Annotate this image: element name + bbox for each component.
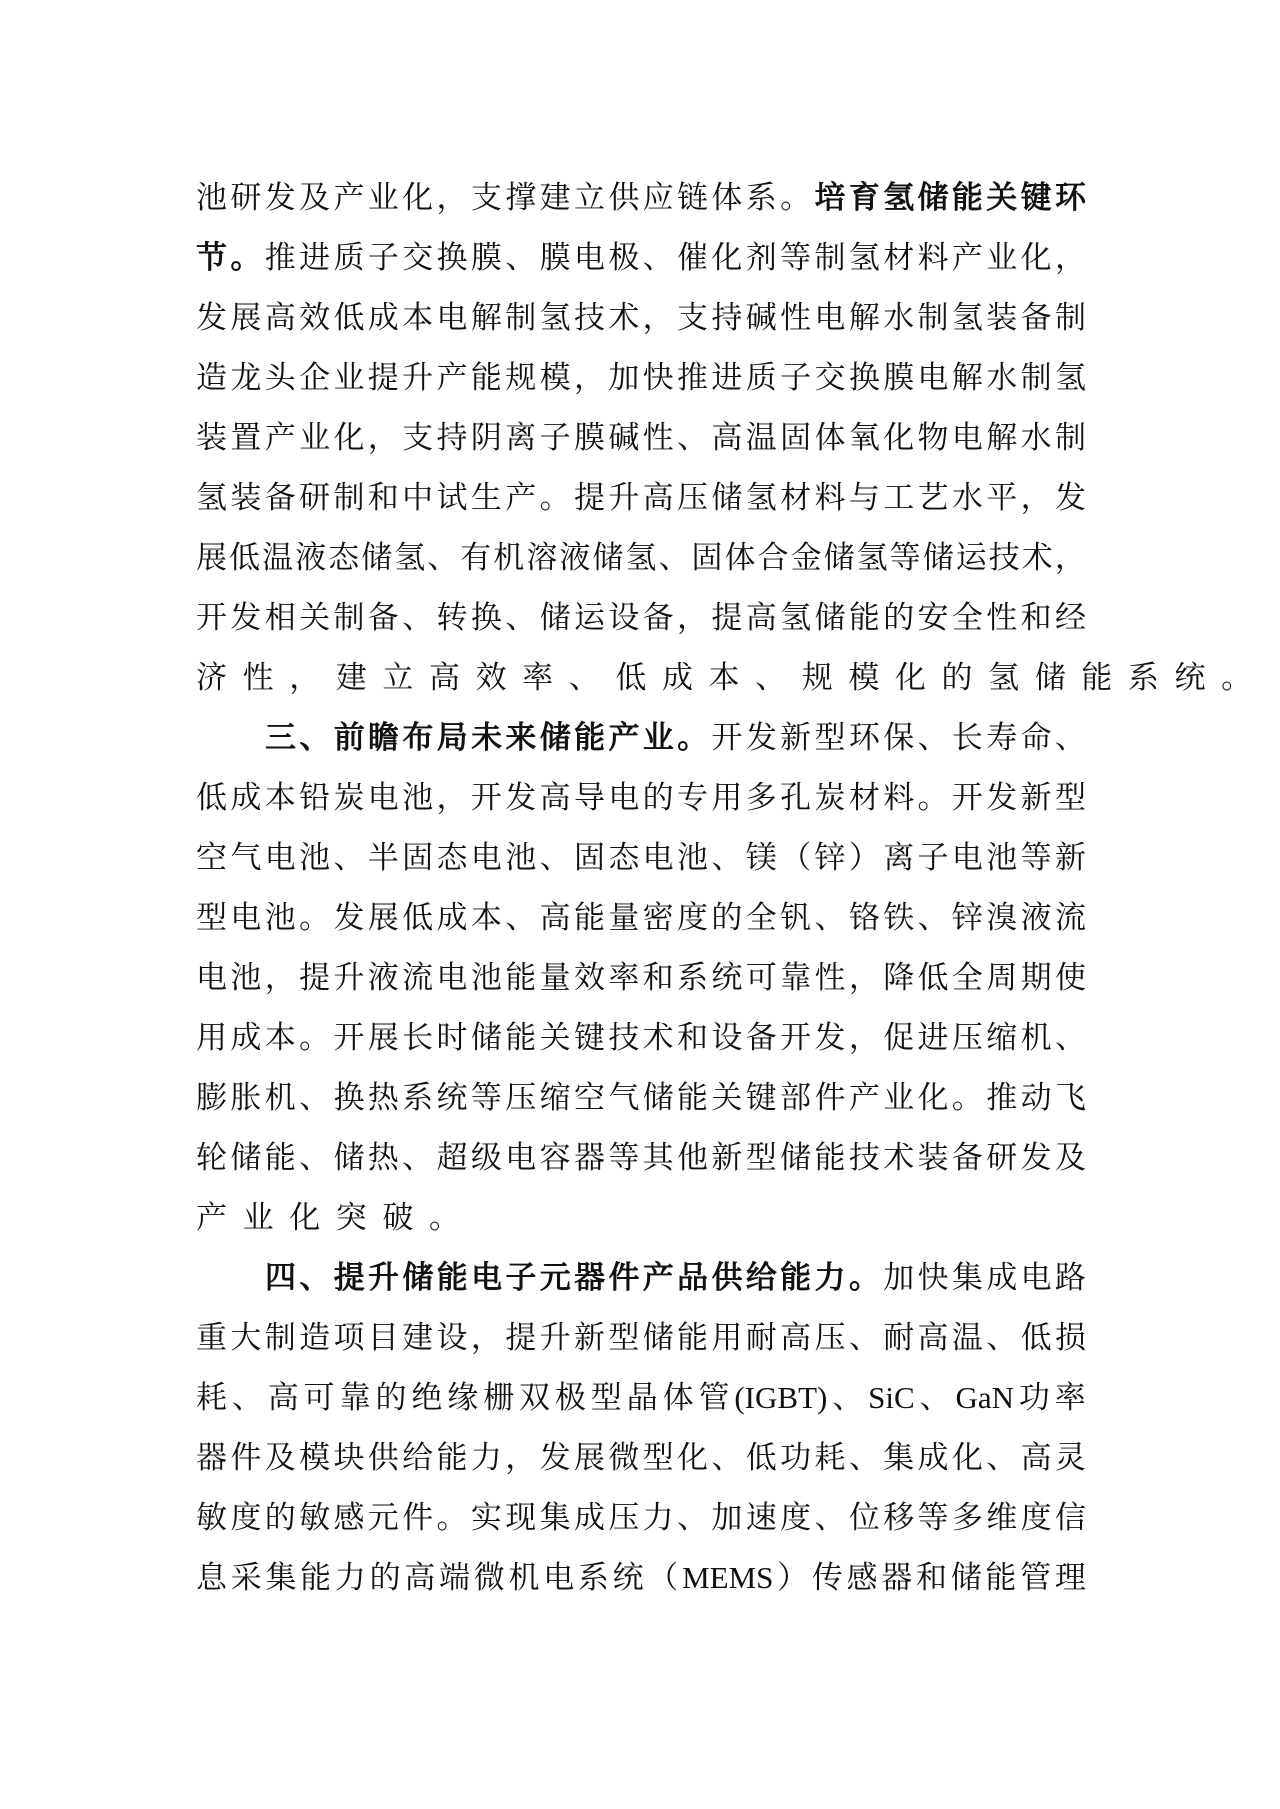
text-glyph: 低 [615,653,646,703]
text-glyph: 量 [608,893,639,943]
text-glyph: 力 [335,1553,366,1603]
text-glyph: 工 [883,473,914,523]
text-glyph: 的 [883,593,914,643]
text-glyph: 换 [849,353,880,403]
text-glyph: 性 [643,413,674,463]
text-glyph: 化 [402,173,433,223]
bold-text-glyph: 提 [334,1253,365,1303]
text-glyph: 管 [1020,1553,1051,1603]
text-glyph: 统 [613,1553,644,1603]
text-glyph: 机 [265,1073,296,1123]
text-glyph: 低 [402,893,433,943]
text-glyph: 制 [505,293,536,343]
text-glyph: 器 [881,1553,912,1603]
text-glyph: 能 [437,1433,468,1483]
text-glyph: 链 [677,173,708,223]
text-glyph: ， [368,413,399,463]
text-glyph: 键 [574,1013,605,1063]
bold-text-glyph: 产 [608,713,639,763]
text-glyph: 镁 [746,833,777,883]
text-glyph: 产 [952,233,983,283]
text-glyph: 及 [299,173,330,223]
text-glyph: 的 [643,773,674,823]
text-glyph: 池 [471,953,502,1003]
text-glyph: 系 [746,173,777,223]
text-glyph: 度 [230,1493,261,1543]
text-glyph: 池 [230,953,261,1003]
text-glyph: 支 [471,173,502,223]
text-glyph: 态 [328,533,359,583]
text-glyph: 微 [474,1553,505,1603]
text-glyph: 氢 [746,473,777,523]
text-glyph: 剂 [746,233,777,283]
text-glyph: 和 [368,473,399,523]
text-glyph: 池 [402,773,433,823]
text-glyph: 集 [883,1433,914,1483]
text-glyph: 提 [368,353,399,403]
text-glyph: 型 [608,1313,639,1363]
text-glyph: (IGBT) [734,1373,827,1423]
text-glyph: 系 [1128,653,1159,703]
text-glyph: 型 [815,713,846,763]
text-glyph: 化 [952,1433,983,1483]
text-glyph: 空 [574,1073,605,1123]
text-glyph: 。 [918,773,949,823]
text-glyph: 、 [658,533,689,583]
text-glyph: 等 [471,1073,502,1123]
text-glyph: 研 [986,1133,1017,1183]
bold-text-glyph: 育 [849,173,880,223]
text-glyph: 发 [1055,473,1086,523]
text-glyph: 备 [1021,293,1052,343]
text-glyph: 的 [711,893,742,943]
text-glyph: 化 [1021,233,1052,283]
text-glyph: 机 [493,533,524,583]
document-page: 池研发及产业化，支撑建立供应链体系。培育氢储能关键环节。推进质子交换膜、膜电极、… [0,0,1280,1809]
text-glyph: 等 [1021,833,1052,883]
text-glyph: 新 [1021,773,1052,823]
text-glyph: ， [289,653,320,703]
text-glyph: 装 [196,413,227,463]
text-glyph: 的 [265,1493,296,1543]
text-glyph: 多 [746,773,777,823]
text-glyph: 高 [429,653,460,703]
text-glyph: 能 [574,893,605,943]
bold-text-glyph: 氢 [883,173,914,223]
text-glyph: 型 [1055,773,1086,823]
text-glyph: 信 [1055,1493,1086,1543]
text-glyph: 换 [471,593,502,643]
text-glyph: 产 [333,173,364,223]
text-glyph: 能 [677,1073,708,1123]
text-glyph: 电 [437,953,468,1003]
text-glyph: 造 [196,353,227,403]
text-glyph: 制 [1055,413,1086,463]
text-glyph: 飞 [1055,1073,1086,1123]
text-glyph: 推 [986,1073,1017,1123]
text-glyph: 实 [471,1493,502,1543]
text-glyph: 高 [1021,1433,1052,1483]
text-glyph: 件 [814,1073,845,1123]
text-glyph: 成 [437,893,468,943]
text-glyph: 成 [662,653,693,703]
text-glyph: （ [780,833,811,883]
text-glyph: 氢 [849,233,880,283]
text-glyph: 离 [883,833,914,883]
text-glyph: 、 [814,1493,845,1543]
text-glyph: 催 [677,233,708,283]
text-glyph: ， [1055,233,1086,283]
text-glyph: 艺 [918,473,949,523]
bold-text-glyph: 器 [574,1253,605,1303]
text-glyph: 双 [519,1373,550,1423]
bold-text-glyph: 能 [780,1253,811,1303]
text-glyph: 展 [574,1433,605,1483]
text-glyph: 型 [746,1133,777,1183]
text-glyph: 晶 [627,1373,658,1423]
text-glyph: 、 [299,1073,330,1123]
text-glyph: 低 [746,1433,777,1483]
text-glyph: 体 [663,1373,694,1423]
text-glyph: 耗 [814,1433,845,1483]
text-glyph: 成 [368,293,399,343]
text-glyph: 、 [232,1373,263,1423]
text-glyph: 体 [814,413,845,463]
text-glyph: 炭 [333,773,364,823]
text-glyph: 储 [333,1133,364,1183]
text-glyph: 升 [608,473,639,523]
bold-text-glyph: 给 [746,1253,777,1303]
text-glyph: 压 [505,1073,536,1123]
text-glyph: 制 [333,473,364,523]
text-glyph: 系 [578,1553,609,1603]
bold-text-glyph: 、 [299,1253,330,1303]
text-glyph: 容 [540,1133,571,1183]
bold-text-glyph: 培 [814,173,845,223]
text-glyph: 的 [375,1373,406,1423]
text-glyph: 器 [196,1433,227,1483]
text-glyph: 本 [265,1013,296,1063]
text-glyph: 、 [1055,713,1086,763]
text-glyph: 供 [368,1433,399,1483]
text-glyph: 技 [989,533,1020,583]
text-glyph: 制 [814,233,845,283]
text-glyph: 水 [1021,413,1052,463]
text-glyph: 制 [265,1313,296,1363]
text-glyph: 。 [437,1493,468,1543]
text-glyph: 膜 [471,233,502,283]
text-glyph: 成 [230,773,261,823]
text-glyph: 加 [883,1253,914,1303]
text-glyph: ， [677,593,708,643]
text-glyph: 及 [265,1433,296,1483]
bold-text-glyph: 四 [265,1253,296,1303]
text-glyph: 物 [918,413,949,463]
text-glyph: 置 [230,413,261,463]
bold-text-glyph: 环 [1055,173,1086,223]
text-glyph: 供 [608,173,639,223]
text-glyph: 备 [265,473,296,523]
text-glyph: 储 [361,533,392,583]
text-glyph: 能 [985,1553,1016,1603]
text-glyph: 效 [574,953,605,1003]
text-glyph: 机 [508,1553,539,1603]
text-glyph: 的 [370,1553,401,1603]
text-glyph: 业 [333,353,364,403]
bold-text-glyph: 元 [540,1253,571,1303]
text-glyph: 能 [677,1313,708,1363]
text-glyph: 升 [540,1313,571,1363]
text-glyph: 、 [677,413,708,463]
text-glyph: 用 [711,773,742,823]
text-glyph: 氢 [625,533,656,583]
text-line: 池研发及产业化，支撑建立供应链体系。培育氢储能关键环 [196,168,1086,228]
text-glyph: 储 [643,1313,674,1363]
text-glyph: 能 [300,1553,331,1603]
text-glyph: 建 [540,173,571,223]
text-glyph: 进 [299,233,330,283]
text-glyph: 期 [1021,953,1052,1003]
text-glyph: 降 [883,953,914,1003]
text-glyph: 固 [402,833,433,883]
text-glyph: 撑 [505,173,536,223]
text-glyph: 和 [643,953,674,1003]
bold-text-glyph: 业 [643,713,674,763]
text-glyph: 电 [437,293,468,343]
text-glyph: 支 [677,293,708,343]
text-glyph: 发 [265,173,296,223]
text-glyph: 传 [812,1553,843,1603]
text-glyph: 高 [268,1373,299,1423]
text-glyph: SiC [868,1373,915,1423]
text-glyph: 、 [505,233,536,283]
text-glyph: 储 [643,1073,674,1123]
bold-text-glyph: 来 [505,713,536,763]
bold-text-glyph: 三 [265,713,296,763]
text-glyph: 效 [299,293,330,343]
text-glyph: 铬 [849,893,880,943]
text-glyph: 固 [574,833,605,883]
text-glyph: 温 [952,1313,983,1363]
text-glyph: 炭 [814,773,845,823]
text-glyph: 大 [230,1313,261,1363]
text-line: 重大制造项目建设，提升新型储能用耐高压、耐高温、低损 [196,1308,1086,1368]
text-glyph: 固 [691,533,722,583]
text-glyph: 电 [196,953,227,1003]
text-glyph: 电 [471,833,502,883]
text-glyph: GaN [955,1373,1014,1423]
text-glyph: ） [849,833,880,883]
text-glyph: 金 [791,533,822,583]
bold-text-glyph: 。 [677,713,708,763]
text-glyph: 、 [832,1373,863,1423]
text-line: 器件及模块供给能力，发展微型化、低功耗、集成化、高灵 [196,1428,1086,1488]
text-glyph: 等 [608,1133,639,1183]
text-line: 电池，提升液流电池能量效率和系统可靠性，降低全周期使 [196,948,1086,1008]
text-glyph: 钒 [780,893,811,943]
text-glyph: 展 [368,893,399,943]
text-glyph: 机 [1021,1013,1052,1063]
text-glyph: 位 [849,1493,880,1543]
text-glyph: 、 [918,893,949,943]
text-glyph: 电 [574,233,605,283]
text-glyph: 极 [608,233,639,283]
text-glyph: 电 [543,1553,574,1603]
text-glyph: 规 [505,353,536,403]
text-glyph: 产 [505,473,536,523]
text-glyph: 性 [780,293,811,343]
text-glyph: 支 [402,413,433,463]
text-glyph: 溴 [986,893,1017,943]
bold-text-glyph: 储 [402,1253,433,1303]
text-glyph: 、 [849,1433,880,1483]
text-glyph: 、 [918,713,949,763]
text-glyph: 与 [849,473,880,523]
text-glyph: ， [437,173,468,223]
text-line: 用成本。开展长时储能关键技术和设备开发，促进压缩机、 [196,1008,1086,1068]
text-glyph: 氧 [849,413,880,463]
text-line: 发展高效低成本电解制氢技术，支持碱性电解水制氢装备制 [196,288,1086,348]
text-glyph: 量 [540,953,571,1003]
text-glyph: 高 [540,893,571,943]
text-glyph: 储 [540,593,571,643]
text-glyph: 膜 [540,233,571,283]
text-glyph: 高 [404,1553,435,1603]
text-glyph: 化 [711,233,742,283]
text-glyph: 能 [814,1133,845,1183]
text-glyph: 进 [711,353,742,403]
text-glyph: 。 [429,1193,460,1243]
text-glyph: 业 [243,1193,274,1243]
text-glyph: 升 [402,353,433,403]
text-glyph: 储 [230,1133,261,1183]
bold-text-glyph: 。 [849,1253,880,1303]
text-glyph: 温 [746,413,777,463]
text-glyph: 度 [1021,1493,1052,1543]
text-glyph: 开 [780,1013,811,1063]
text-glyph: 使 [1055,953,1086,1003]
text-glyph: 发 [230,593,261,643]
text-glyph: 发 [814,1013,845,1063]
text-glyph: ， [849,1013,880,1063]
text-glyph: 环 [849,713,880,763]
text-glyph: 合 [758,533,789,583]
text-glyph: 靠 [780,953,811,1003]
paragraph-p3: 四、提升储能电子元器件产品供给能力。加快集成电路重大制造项目建设，提升新型储能用… [196,1248,1086,1608]
text-glyph: 率 [1055,1373,1086,1423]
text-glyph: 功 [780,1433,811,1483]
bold-text-glyph: 产 [643,1253,674,1303]
text-glyph: 感 [847,1553,878,1603]
text-glyph: 、 [849,1313,880,1363]
text-line: 产业化突破。 [196,1188,1086,1248]
text-glyph: 氢 [540,293,571,343]
text-glyph: 压 [952,1013,983,1063]
text-glyph: 储 [951,1553,982,1603]
text-glyph: 电 [368,773,399,823]
text-glyph: 储 [471,1013,502,1063]
text-glyph: 和 [677,1013,708,1063]
text-glyph: 能 [849,593,880,643]
bold-text-glyph: 未 [471,713,502,763]
text-glyph: 长 [952,713,983,763]
text-glyph: 提 [505,1313,536,1363]
text-glyph: 铁 [883,893,914,943]
text-glyph: 态 [437,833,468,883]
text-glyph: 压 [814,1313,845,1363]
text-glyph: 等 [918,1493,949,1543]
bold-text-glyph: 能 [437,1253,468,1303]
text-glyph: 移 [883,1493,914,1543]
text-glyph: ， [505,1433,536,1483]
text-line: 膨胀机、换热系统等压缩空气储能关键部件产业化。推动飞 [196,1068,1086,1128]
text-glyph: 研 [230,173,261,223]
text-glyph: 转 [437,593,468,643]
text-glyph: 铅 [299,773,330,823]
text-glyph: 新 [1055,833,1086,883]
text-glyph: 发 [505,773,536,823]
text-glyph: 制 [1021,353,1052,403]
text-glyph: 超 [437,1133,468,1183]
text-glyph: 、 [427,533,458,583]
text-glyph: 。 [780,173,811,223]
text-glyph: 开 [471,773,502,823]
text-glyph: 和 [916,1553,947,1603]
text-glyph: 级 [471,1133,502,1183]
text-glyph: 等 [890,533,921,583]
text-glyph: 敏 [299,1493,330,1543]
text-glyph: 理 [1055,1553,1086,1603]
text-glyph: 子 [918,833,949,883]
text-glyph: 备 [746,1013,777,1063]
text-glyph: 统 [437,1073,468,1123]
paragraph-p1: 池研发及产业化，支撑建立供应链体系。培育氢储能关键环节。推进质子交换膜、膜电极、… [196,168,1086,708]
text-glyph: 安 [918,593,949,643]
text-glyph: 生 [471,473,502,523]
text-glyph: ） [777,1553,808,1603]
text-glyph: 相 [265,593,296,643]
text-glyph: 系 [677,953,708,1003]
text-glyph: 术 [608,293,639,343]
text-glyph: 展 [196,533,227,583]
text-glyph: 部 [780,1073,811,1123]
text-glyph: 热 [368,1073,399,1123]
bold-text-glyph: 件 [608,1253,639,1303]
text-glyph: 术 [883,1133,914,1183]
text-glyph: 池 [265,893,296,943]
text-glyph: 立 [574,173,605,223]
text-glyph: 交 [402,233,433,283]
paragraph-p2: 三、前瞻布局未来储能产业。开发新型环保、长寿命、低成本铅炭电池，开发高导电的专用… [196,708,1086,1248]
text-glyph: 储 [1035,653,1066,703]
text-glyph: ， [574,353,605,403]
text-glyph: 靠 [340,1373,371,1423]
text-glyph: ， [265,953,296,1003]
text-glyph: 性 [243,653,274,703]
text-glyph: 换 [437,233,468,283]
text-glyph: 体 [711,173,742,223]
text-glyph: 温 [262,533,293,583]
text-glyph: 济 [196,653,227,703]
text-line: 低成本铅炭电池，开发高导电的专用多孔炭材料。开发新型 [196,768,1086,828]
text-glyph: 半 [368,833,399,883]
text-glyph: 、 [402,1133,433,1183]
text-glyph: 料 [883,773,914,823]
text-glyph: 的 [942,653,973,703]
text-glyph: 低 [229,533,260,583]
text-glyph: 关 [540,1013,571,1063]
text-glyph: 关 [711,1073,742,1123]
